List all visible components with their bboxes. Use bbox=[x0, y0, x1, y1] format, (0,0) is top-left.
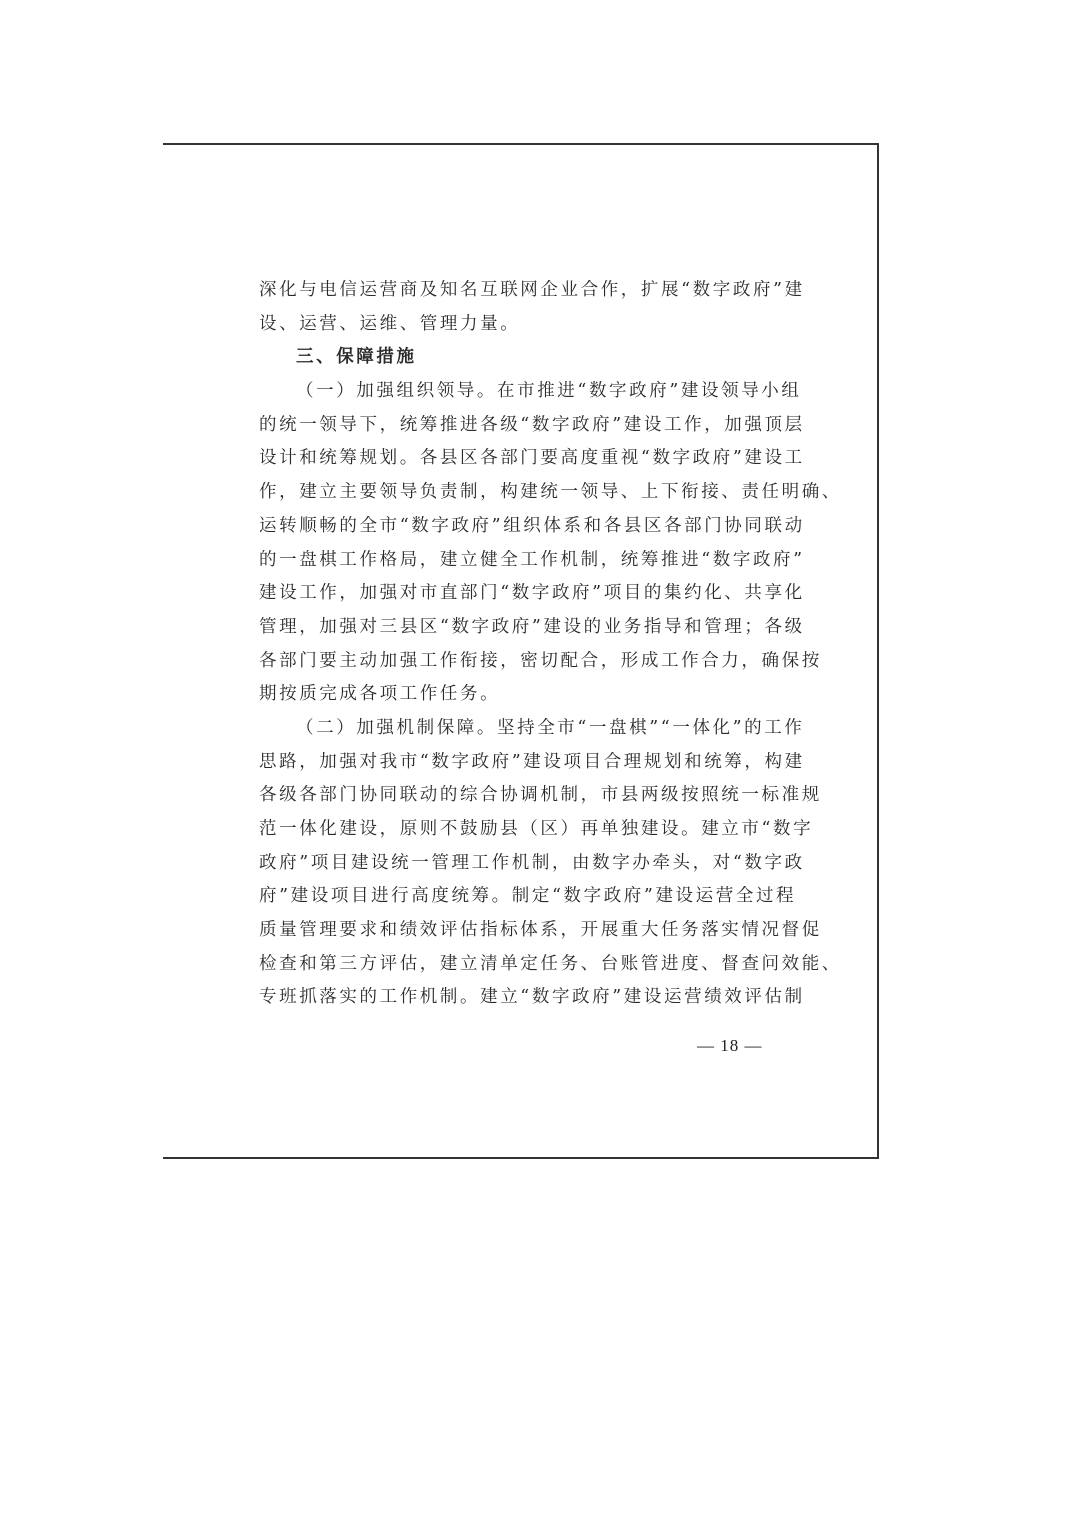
body-line: 运转顺畅的全市“数字政府”组织体系和各县区各部门协同联动 bbox=[259, 510, 791, 544]
body-line: 的一盘棋工作格局，建立健全工作机制，统筹推进“数字政府” bbox=[259, 544, 791, 578]
document-body: 深化与电信运营商及知名互联网企业合作，扩展“数字政府”建 设、运营、运维、管理力… bbox=[259, 274, 791, 1015]
subsection-2-first-line: （二）加强机制保障。坚持全市“一盘棋”“一体化”的工作 bbox=[259, 712, 791, 746]
subsection-1-first-line: （一）加强组织领导。在市推进“数字政府”建设领导小组 bbox=[259, 375, 791, 409]
body-line: 期按质完成各项工作任务。 bbox=[259, 678, 791, 712]
body-line: 建设工作，加强对市直部门“数字政府”项目的集约化、共享化 bbox=[259, 577, 791, 611]
page-frame-bottom-border bbox=[163, 1157, 879, 1159]
body-line: 管理，加强对三县区“数字政府”建设的业务指导和管理；各级 bbox=[259, 611, 791, 645]
body-line: 深化与电信运营商及知名互联网企业合作，扩展“数字政府”建 bbox=[259, 274, 791, 308]
body-line: 各级各部门协同联动的综合协调机制，市县两级按照统一标准规 bbox=[259, 779, 791, 813]
body-line: 政府”项目建设统一管理工作机制，由数字办牵头，对“数字政 bbox=[259, 847, 791, 881]
body-line: 设、运营、运维、管理力量。 bbox=[259, 308, 791, 342]
body-line: 专班抓落实的工作机制。建立“数字政府”建设运营绩效评估制 bbox=[259, 981, 791, 1015]
body-line: 检查和第三方评估，建立清单定任务、台账管进度、督查问效能、 bbox=[259, 948, 791, 982]
body-line: 思路，加强对我市“数字政府”建设项目合理规划和统筹，构建 bbox=[259, 746, 791, 780]
page-frame-right-border bbox=[877, 143, 879, 1159]
page-number: — 18 — bbox=[697, 1036, 763, 1056]
body-line: 作，建立主要领导负责制，构建统一领导、上下衔接、责任明确、 bbox=[259, 476, 791, 510]
body-line: 的统一领导下，统筹推进各级“数字政府”建设工作，加强顶层 bbox=[259, 409, 791, 443]
body-line: 设计和统筹规划。各县区各部门要高度重视“数字政府”建设工 bbox=[259, 442, 791, 476]
body-line: 范一体化建设，原则不鼓励县（区）再单独建设。建立市“数字 bbox=[259, 813, 791, 847]
body-line: 质量管理要求和绩效评估指标体系，开展重大任务落实情况督促 bbox=[259, 914, 791, 948]
section-heading: 三、保障措施 bbox=[259, 341, 791, 375]
body-line: 府”建设项目进行高度统筹。制定“数字政府”建设运营全过程 bbox=[259, 880, 791, 914]
body-line: 各部门要主动加强工作衔接，密切配合，形成工作合力，确保按 bbox=[259, 645, 791, 679]
page-frame-top-border bbox=[163, 143, 879, 145]
